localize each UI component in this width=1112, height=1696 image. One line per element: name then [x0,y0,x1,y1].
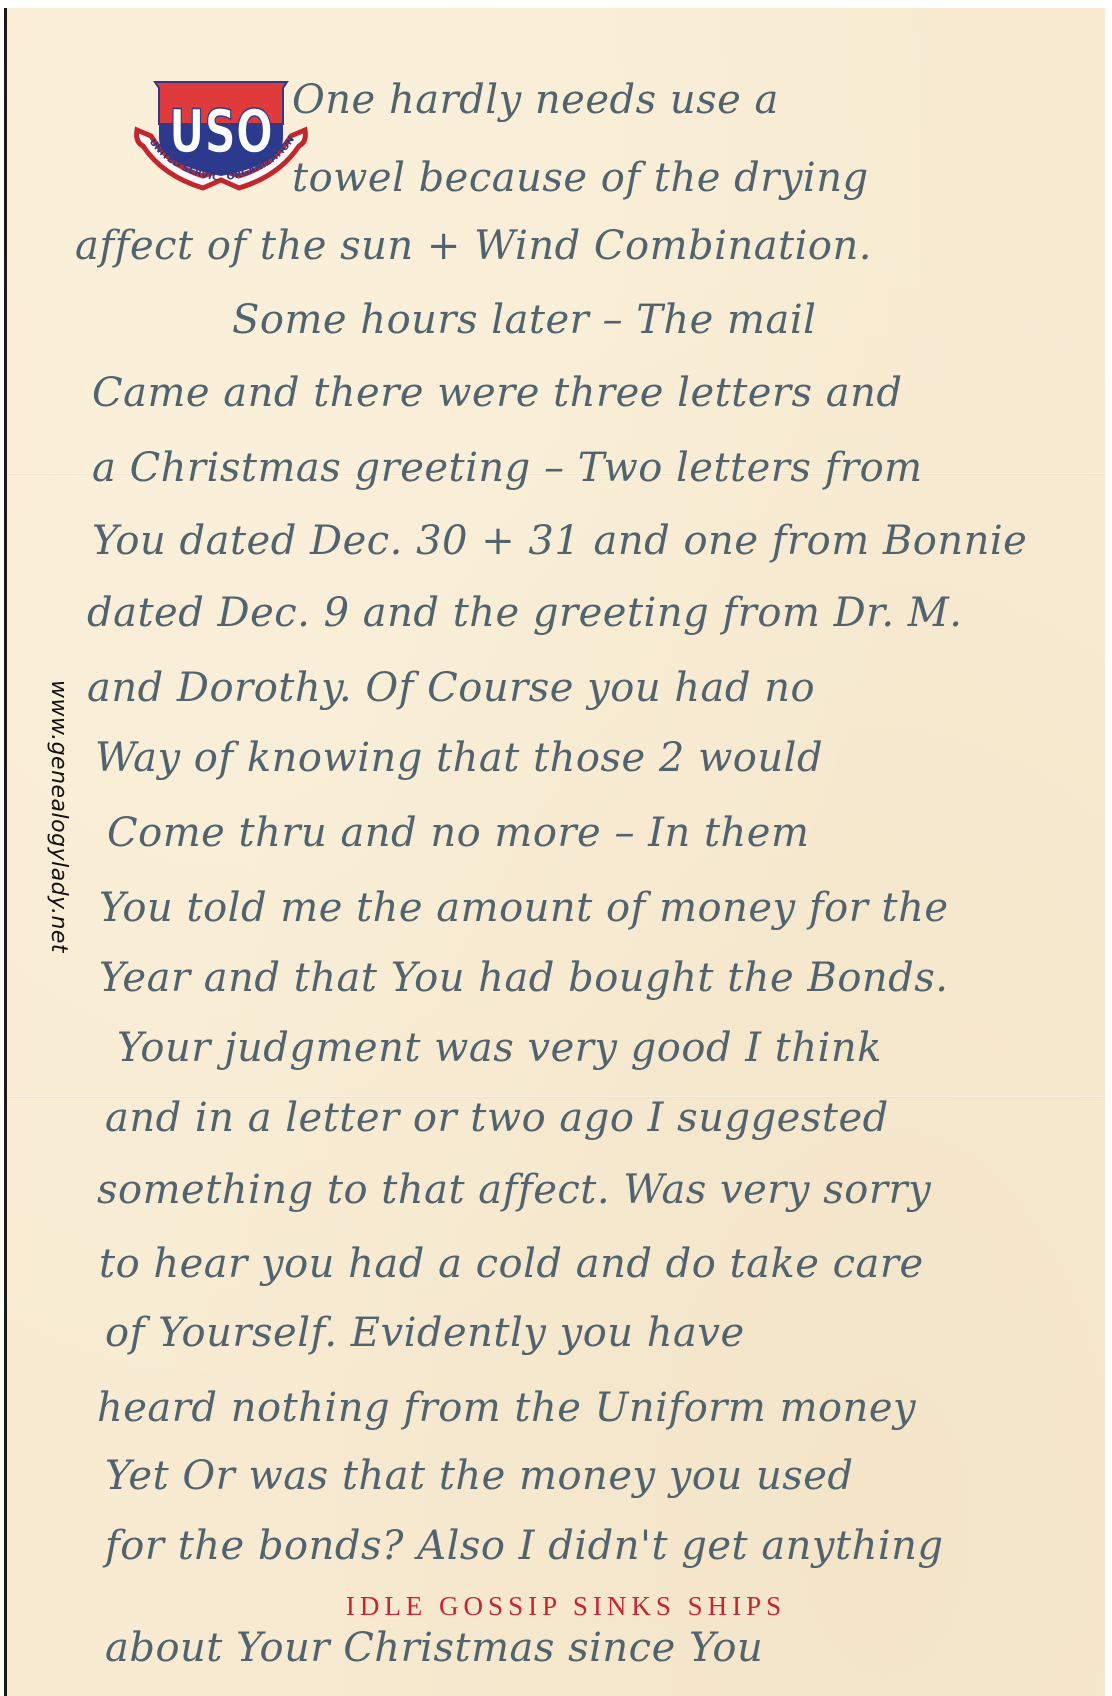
letter-page: USO UNITED SERVICE ORGANIZATIONS www.gen… [4,8,1105,1696]
letter-line: heard nothing from the Uniform money [97,1388,916,1428]
letter-line: You dated Dec. 30 + 31 and one from Bonn… [92,521,1027,561]
letter-line: Come thru and no more – In them [107,813,809,853]
letter-line: and Dorothy. Of Course you had no [87,668,815,708]
letter-line: Way of knowing that those 2 would [95,738,823,778]
letter-line: Your judgment was very good I think [117,1028,882,1068]
letter-line: dated Dec. 9 and the greeting from Dr. M… [87,593,962,633]
letter-line: about Your Christmas since You [105,1628,763,1668]
letter-line: something to that affect. Was very sorry [97,1170,931,1210]
letter-line: One hardly needs use a [292,80,779,120]
letter-line: towel because of the drying [292,158,869,198]
letter-line: Yet Or was that the money you used [105,1456,854,1496]
letter-line: for the bonds? Also I didn't get anythin… [105,1526,944,1566]
letter-line: a Christmas greeting – Two letters from [92,448,923,488]
letter-line: and in a letter or two ago I suggested [105,1098,889,1138]
letter-line: Some hours later – The mail [232,300,816,340]
letter-line: You told me the amount of money for the [99,888,949,928]
website-watermark: www.genealogylady.net [46,680,71,953]
uso-logo-icon: USO UNITED SERVICE ORGANIZATIONS [133,80,309,198]
letter-line: of Yourself. Evidently you have [105,1313,745,1353]
svg-text:USO: USO [169,97,273,167]
letter-line: Year and that You had bought the Bonds. [99,958,949,998]
letter-line: Came and there were three letters and [92,373,903,413]
letter-line: affect of the sun + Wind Combination. [75,226,872,266]
letter-line: to hear you had a cold and do take care [99,1244,924,1284]
wartime-slogan: IDLE GOSSIP SINKS SHIPS [7,1591,1105,1622]
